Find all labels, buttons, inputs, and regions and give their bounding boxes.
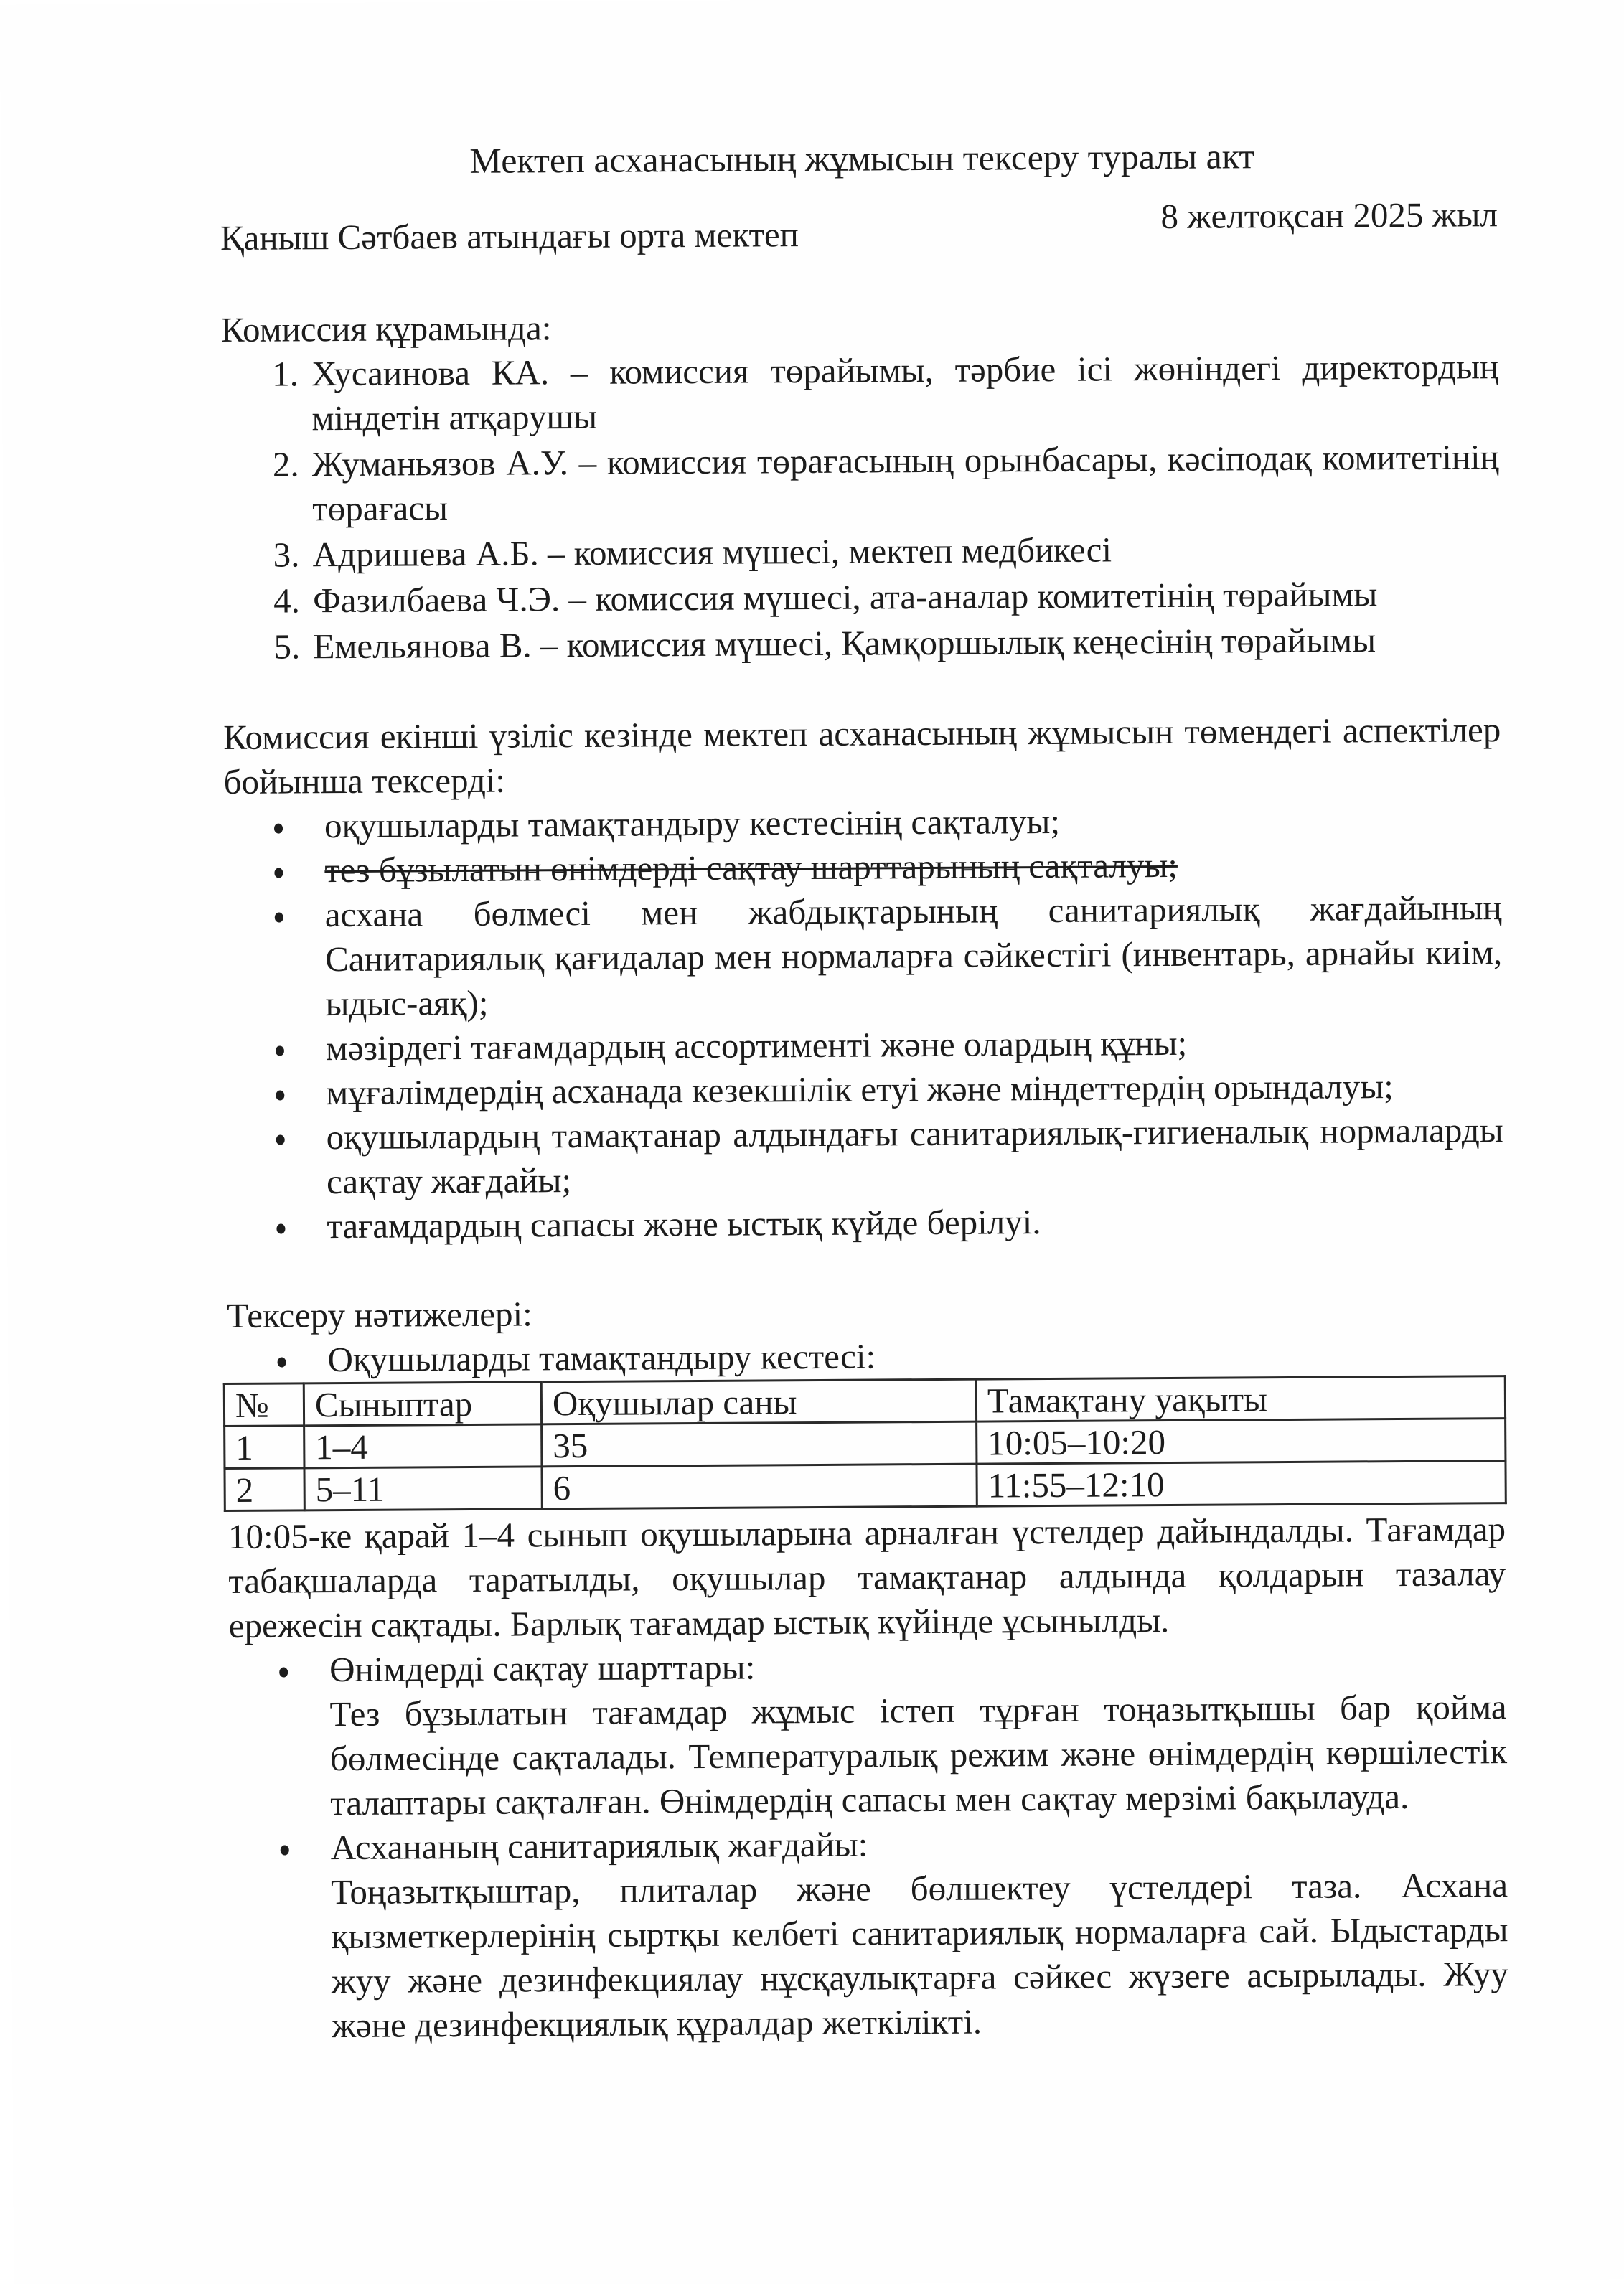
sanitary-body: Тоңазытқыштар, плиталар және бөлшектеу ү… xyxy=(331,1863,1508,2048)
commission-label: Комиссия құрамында: xyxy=(221,300,1498,352)
table-cell: 11:55–12:10 xyxy=(977,1461,1506,1507)
table-header-row: № Сыныптар Оқушылар саны Тамақтану уақыт… xyxy=(224,1376,1505,1427)
table-cell: 5–11 xyxy=(304,1467,542,1510)
results-list: Оқушыларды тамақтандыру кестесі: xyxy=(227,1330,1504,1383)
aspect-item: мәзірдегі тағамдардың ассортименті және … xyxy=(326,1019,1503,1071)
inspection-aspects-list: оқушыларды тамақтандыру кестесінің сақта… xyxy=(224,796,1504,1249)
commission-member: Фазилбаева Ч.Э. – комиссия мүшесі, ата-а… xyxy=(309,571,1500,623)
document-title: Мектеп асханасының жұмысын тексеру турал… xyxy=(220,132,1497,184)
aspect-item: асхана бөлмесі мен жабдықтарының санитар… xyxy=(325,885,1503,1026)
meal-schedule-table: № Сыныптар Оқушылар саны Тамақтану уақыт… xyxy=(223,1375,1507,1512)
sanitary-heading: Асхананың санитариялық жағдайы: xyxy=(331,1818,1508,1870)
column-header: № xyxy=(224,1383,304,1427)
table-cell: 10:05–10:20 xyxy=(977,1419,1506,1465)
column-header: Сыныптар xyxy=(304,1382,541,1426)
schedule-note: 10:05-ке қарай 1–4 сынып оқушыларына арн… xyxy=(228,1507,1506,1648)
storage-body: Тез бұзылатын тағамдар жұмыс істеп тұрға… xyxy=(329,1685,1507,1825)
table-cell: 35 xyxy=(542,1421,977,1467)
table-cell: 6 xyxy=(542,1464,977,1509)
table-row: 2 5–11 6 11:55–12:10 xyxy=(225,1461,1506,1511)
storage-section: Өнімдерді сақтау шарттары: Тез бұзылатын… xyxy=(329,1640,1507,1825)
commission-member: Емельянова В. – комиссия мүшесі, Қамқорш… xyxy=(309,617,1500,669)
aspect-item: тез бұзылатын өнімдерді сақтау шарттарын… xyxy=(324,841,1501,893)
commission-member: Жуманьязов А.У. – комиссия төрағасының о… xyxy=(308,435,1500,531)
document-date: 8 желтоқсан 2025 жыл xyxy=(1160,192,1498,239)
aspect-item: оқушыларды тамақтандыру кестесінің сақта… xyxy=(324,796,1501,848)
column-header: Оқушылар саны xyxy=(541,1379,976,1424)
table-cell: 2 xyxy=(225,1468,304,1511)
commission-member: Хусаинова КА. – комиссия төрайымы, тәрби… xyxy=(307,344,1499,441)
sanitary-section: Асхананың санитариялық жағдайы: Тоңазытқ… xyxy=(331,1818,1509,2048)
commission-member: Адришева А.Б. – комиссия мүшесі, мектеп … xyxy=(309,525,1500,577)
inspection-intro: Комиссия екінші үзіліс кезінде мектеп ас… xyxy=(223,708,1501,804)
column-header: Тамақтану уақыты xyxy=(976,1376,1505,1422)
aspect-item: оқушылардың тамақтанар алдындағы санитар… xyxy=(326,1108,1503,1204)
results-list-continued: Өнімдерді сақтау шарттары: Тез бұзылатын… xyxy=(229,1640,1508,2049)
results-label: Тексеру нәтижелері: xyxy=(227,1286,1504,1338)
school-name: Қаныш Сәтбаев атындағы орта мектеп xyxy=(220,212,799,260)
schedule-heading: Оқушыларды тамақтандыру кестесі: xyxy=(327,1330,1504,1382)
document-content: Мектеп асханасының жұмысын тексеру турал… xyxy=(220,132,1508,2049)
table-cell: 1 xyxy=(225,1426,304,1469)
table-cell: 1–4 xyxy=(304,1424,542,1468)
commission-members-list: Хусаинова КА. – комиссия төрайымы, тәрби… xyxy=(221,344,1501,669)
storage-heading: Өнімдерді сақтау шарттары: xyxy=(329,1640,1506,1692)
aspect-item: тағамдардың сапасы және ыстық күйде бері… xyxy=(327,1197,1503,1249)
document-header: Қаныш Сәтбаев атындағы орта мектеп 8 жел… xyxy=(220,208,1498,260)
document-page: Мектеп асханасының жұмысын тексеру турал… xyxy=(0,0,1624,2284)
aspect-item: мұғалімдердің асханада кезекшілік етуі ж… xyxy=(326,1063,1503,1115)
table-row: 1 1–4 35 10:05–10:20 xyxy=(225,1419,1506,1469)
